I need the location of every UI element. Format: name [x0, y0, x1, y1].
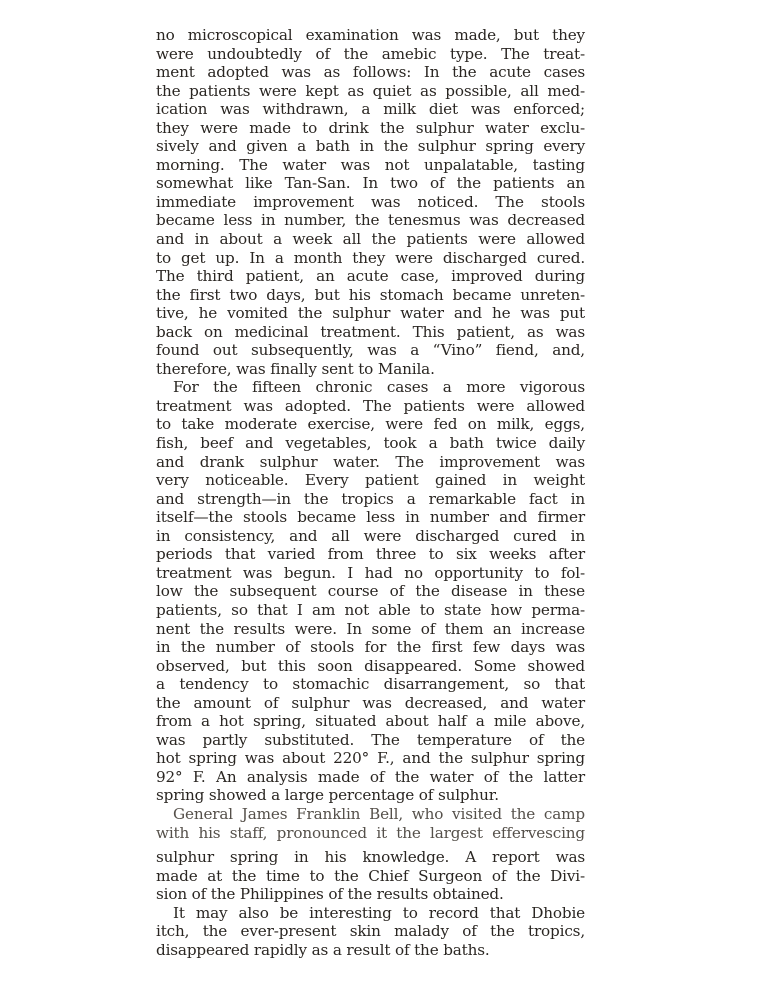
text-line: itself—the stools became less in number … [156, 508, 585, 527]
text-line: therefore, was finally sent to Manila. [156, 360, 585, 379]
text-line: somewhat like Tan-San. In two of the pat… [156, 174, 585, 193]
text-line: very noticeable. Every patient gained in… [156, 471, 585, 490]
paragraph-p1: no microscopical examination was made, b… [156, 26, 585, 378]
text-line: and in about a week all the patients wer… [156, 230, 585, 249]
text-line: in consistency, and all were discharged … [156, 527, 585, 546]
text-line: sulphur spring in his knowledge. A repor… [156, 848, 585, 867]
text-line: General James Franklin Bell, who visited… [156, 805, 585, 824]
text-line: the amount of sulphur was decreased, and… [156, 694, 585, 713]
text-line: 92° F. An analysis made of the water of … [156, 768, 585, 787]
text-line: ment adopted was as follows: In the acut… [156, 63, 585, 82]
text-line: from a hot spring, situated about half a… [156, 712, 585, 731]
text-line: For the fifteen chronic cases a more vig… [156, 378, 585, 397]
text-line: the patients were kept as quiet as possi… [156, 82, 585, 101]
text-line: observed, but this soon disappeared. Som… [156, 657, 585, 676]
text-line: itch, the ever-present skin malady of th… [156, 922, 585, 941]
text-line: treatment was begun. I had no opportunit… [156, 564, 585, 583]
text-line: found out subsequently, was a “Vino” fie… [156, 341, 585, 360]
text-line: in the number of stools for the first fe… [156, 638, 585, 657]
text-line: immediate improvement was noticed. The s… [156, 193, 585, 212]
text-line: became less in number, the tenesmus was … [156, 211, 585, 230]
text-line: morning. The water was not unpalatable, … [156, 156, 585, 175]
text-line: It may also be interesting to record tha… [156, 904, 585, 923]
text-line: ication was withdrawn, a milk diet was e… [156, 100, 585, 119]
text-line: a tendency to stomachic disarrangement, … [156, 675, 585, 694]
text-line: made at the time to the Chief Surgeon of… [156, 867, 585, 886]
text-line: disappeared rapidly as a result of the b… [156, 941, 585, 960]
text-line: back on medicinal treatment. This patien… [156, 323, 585, 342]
text-line: and strength—in the tropics a remarkable… [156, 490, 585, 509]
text-line: low the subsequent course of the disease… [156, 582, 585, 601]
text-line: patients, so that I am not able to state… [156, 601, 585, 620]
text-line: hot spring was about 220° F., and the su… [156, 749, 585, 768]
text-line: to get up. In a month they were discharg… [156, 249, 585, 268]
text-line: spring showed a large percentage of sulp… [156, 786, 585, 805]
text-line: sion of the Philippines of the results o… [156, 885, 585, 904]
document-page: no microscopical examination was made, b… [156, 26, 585, 959]
paragraph-p4: It may also be interesting to record tha… [156, 904, 585, 960]
text-line: the first two days, but his stomach beca… [156, 286, 585, 305]
text-line: no microscopical examination was made, b… [156, 26, 585, 45]
text-line: tive, he vomited the sulphur water and h… [156, 304, 585, 323]
text-line: were undoubtedly of the amebic type. The… [156, 45, 585, 64]
text-line: they were made to drink the sulphur wate… [156, 119, 585, 138]
paragraph-p2: For the fifteen chronic cases a more vig… [156, 378, 585, 805]
text-line: periods that varied from three to six we… [156, 545, 585, 564]
text-line: and drank sulphur water. The improvement… [156, 453, 585, 472]
text-line: fish, beef and vegetables, took a bath t… [156, 434, 585, 453]
text-line: was partly substituted. The temperature … [156, 731, 585, 750]
text-line: treatment was adopted. The patients were… [156, 397, 585, 416]
paragraph-p3: General James Franklin Bell, who visited… [156, 805, 585, 904]
text-line: The third patient, an acute case, improv… [156, 267, 585, 286]
text-line: sively and given a bath in the sulphur s… [156, 137, 585, 156]
text-line: with his staff, pronounced it the larges… [156, 824, 585, 843]
text-line: to take moderate exercise, were fed on m… [156, 415, 585, 434]
text-line: nent the results were. In some of them a… [156, 620, 585, 639]
